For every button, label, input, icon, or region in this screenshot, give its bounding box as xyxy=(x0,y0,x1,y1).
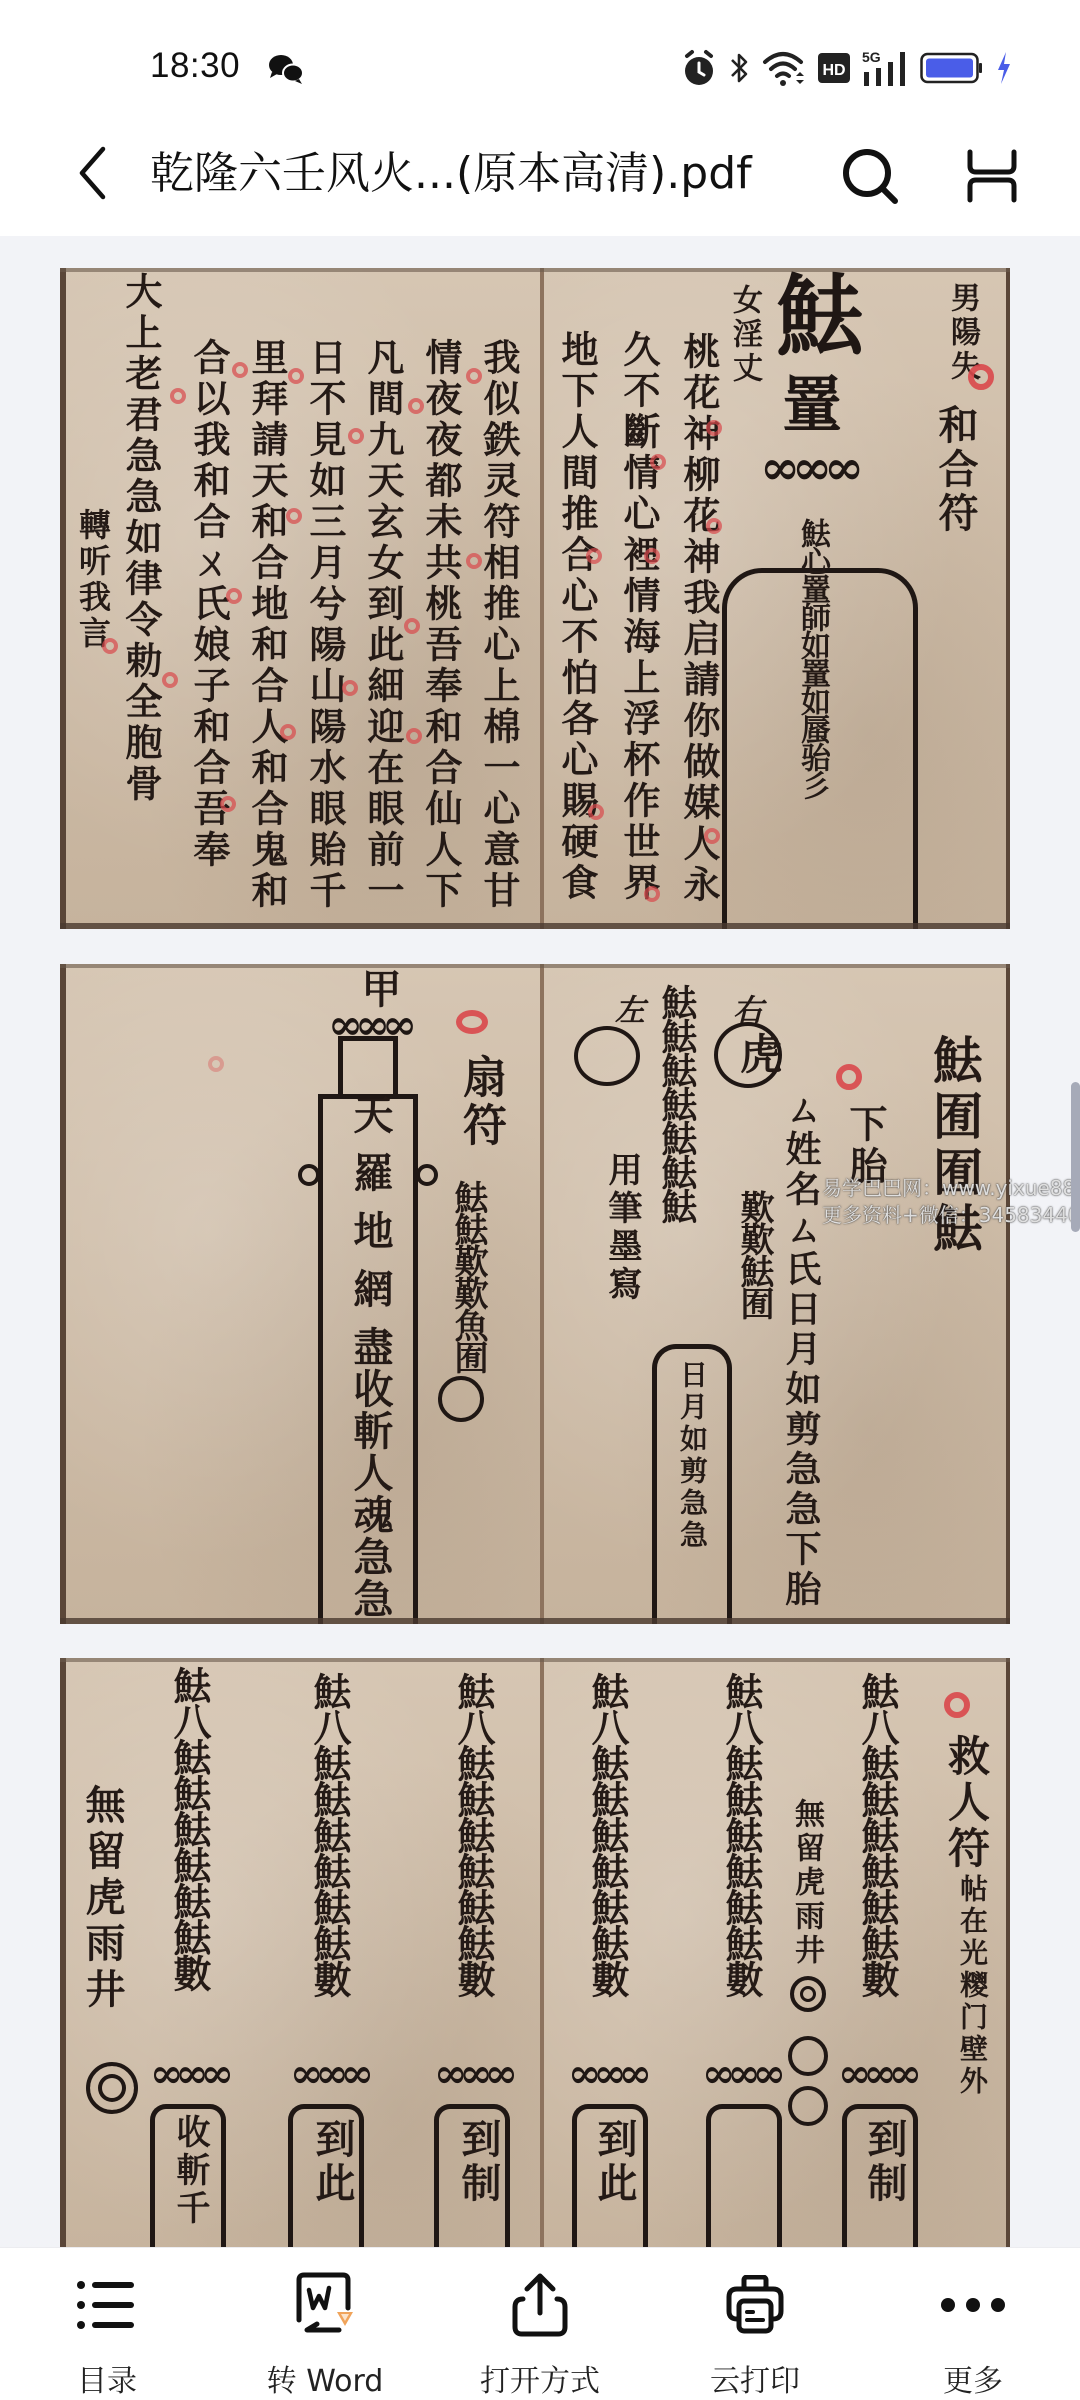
page-2-left-heading: 扇符 xyxy=(448,1054,512,1150)
seal-mark xyxy=(226,588,242,604)
seal-mark xyxy=(466,553,482,569)
wifi-icon xyxy=(762,48,806,88)
talisman-glyph: 魼 xyxy=(776,272,864,360)
page-2-left-col-2: 天 羅 地 網 盡收斬人魂急急 xyxy=(342,1094,399,1620)
pdf-viewer[interactable]: 我似鉄灵符相推心上棉一心意甘 情夜夜都未共桃吾奉和合仙人下 凡間九天玄女到此細迎… xyxy=(0,236,1080,2248)
page-3-right-col-2: 到制 xyxy=(856,2118,913,2206)
talisman-loop xyxy=(298,1164,320,1186)
page-2-tiger-glyph: 虎 xyxy=(728,1032,788,1078)
5g-signal-icon: 5G xyxy=(862,48,908,88)
page-1-left-col-5: 里拜請天和合地和合人和合鬼和 xyxy=(240,338,294,912)
seal-mark xyxy=(650,454,666,470)
talisman-glyph: 罿 xyxy=(782,358,842,444)
seal-mark xyxy=(280,724,296,740)
more-icon xyxy=(940,2295,1006,2315)
seal-mark xyxy=(644,548,660,564)
page-2-right-col-3: 日月如剪急急 xyxy=(672,1360,712,1552)
bluetooth-icon xyxy=(728,48,750,88)
chevron-left-icon xyxy=(77,145,107,201)
talisman-inner-text: 魼心罿師如罿如蜃骀彡 xyxy=(790,518,834,798)
seal-mark xyxy=(162,672,178,688)
word-convert-icon xyxy=(291,2272,359,2338)
talisman-column: 魼八魼魼魼魼魼魼數 xyxy=(714,1672,769,1996)
list-icon xyxy=(76,2277,138,2333)
seal-mark xyxy=(456,1010,488,1034)
toc-button[interactable]: 目录 xyxy=(22,2248,192,2400)
page-1-left-col-6: 合以我和合ㄨ氏娘子和合吾奉 xyxy=(182,338,236,871)
talisman-outline xyxy=(706,2104,782,2248)
toc-label: 目录 xyxy=(22,2356,192,2400)
to-word-label: 转 Word xyxy=(240,2356,410,2400)
battery-icon xyxy=(920,51,984,85)
page-3-left-leaf: 無留虎雨井 魼八魼魼魼魼魼魼數 魼八魼魼魼魼魼魼數 魼八魼魼魼魼魼魼數 ∞∞∞ … xyxy=(60,1658,540,2248)
talisman-column: 魼八魼魼魼魼魼魼數 xyxy=(302,1672,357,1996)
status-bar: 18:30 HD 5G xyxy=(0,0,1080,110)
talisman-knot: ∞∞∞ xyxy=(434,2050,510,2097)
seal-mark xyxy=(408,398,424,414)
talisman-seal-circle xyxy=(438,1376,484,1422)
page-edge xyxy=(60,923,1010,929)
page-1-left-col-1: 我似鉄灵符相推心上棉一心意甘 xyxy=(472,338,526,912)
svg-text:5G: 5G xyxy=(862,49,881,65)
page-edge xyxy=(60,1618,1010,1624)
status-time: 18:30 xyxy=(150,46,240,86)
hd-icon: HD xyxy=(818,51,850,85)
seal-mark xyxy=(406,728,422,744)
talisman-knot: ∞∞∞ xyxy=(702,2050,778,2097)
seal-mark xyxy=(944,1692,970,1718)
more-label: 更多 xyxy=(888,2356,1058,2400)
page-3-right-leaf: 魼八魼魼魼魼魼魼數 魼八魼魼魼魼魼魼數 魼八魼魼魼魼魼魼數 無留虎雨井 ∞∞∞ … xyxy=(540,1658,1010,2248)
page-3-right-col-3: 到此 xyxy=(586,2118,643,2206)
cloud-print-label: 云打印 xyxy=(670,2356,840,2400)
seal-mark xyxy=(102,638,118,654)
page-1-heading: 和合符 xyxy=(927,404,984,536)
system-status-icons: HD 5G xyxy=(682,48,1012,88)
talisman-seal-circle xyxy=(788,2086,828,2126)
talisman-knot: ∞∞∞ xyxy=(838,2050,914,2097)
alarm-icon xyxy=(682,48,716,88)
to-word-button[interactable]: 转 Word xyxy=(240,2248,410,2400)
seal-mark xyxy=(644,886,660,902)
charging-icon xyxy=(996,48,1012,88)
seal-mark xyxy=(288,368,304,384)
talisman-knot: ∞∞∞ xyxy=(290,2050,366,2097)
seal-mark xyxy=(170,388,186,404)
page-1-left-col-8: 轉听我言 xyxy=(70,508,116,652)
seal-mark xyxy=(968,364,994,390)
talisman-column: 魼八魼魼魼魼魼魼數 xyxy=(446,1672,501,1996)
seal-mark xyxy=(404,618,420,634)
seal-mark xyxy=(588,804,604,820)
talisman-knot: ∞∞∞ xyxy=(760,440,856,496)
talisman-seal-circle xyxy=(574,1026,640,1086)
pdf-page-3[interactable]: 無留虎雨井 魼八魼魼魼魼魼魼數 魼八魼魼魼魼魼魼數 魼八魼魼魼魼魼魼數 ∞∞∞ … xyxy=(60,1658,1010,2248)
seal-mark xyxy=(706,420,722,436)
page-1-right-col-1: 桃花神柳花神我启請你做媒人永 xyxy=(672,332,726,906)
wechat-icon xyxy=(266,52,306,86)
seal-mark xyxy=(704,828,720,844)
watermark-line-1: 易学巴巴网：www.yixue88.cn xyxy=(822,1175,1080,1202)
page-1-side-note-2: 女淫丈 xyxy=(722,284,766,386)
watermark: 易学巴巴网：www.yixue88.cn 更多资料+微信：3458344044 xyxy=(822,1175,1080,1229)
page-2-right-col-2: 用筆墨寫 xyxy=(598,1152,647,1304)
page-3-left-col-3: 到此 xyxy=(304,2118,361,2206)
page-3-heading: 救人符 xyxy=(936,1734,996,1872)
app-header: 乾隆六壬风火...(原本高清).pdf xyxy=(0,110,1080,236)
page-1-left-leaf: 我似鉄灵符相推心上棉一心意甘 情夜夜都未共桃吾奉和合仙人下 凡間九天玄女到此細迎… xyxy=(60,268,540,929)
page-3-note: 帖在光糭门壁外 xyxy=(952,1874,992,2098)
page-edge xyxy=(60,1658,1010,1662)
talisman-knot: ∞∞∞ xyxy=(150,2050,226,2097)
talisman-knot: ∞∞∞ xyxy=(568,2050,644,2097)
open-with-button[interactable]: 打开方式 xyxy=(455,2248,625,2400)
talisman-seal-circle xyxy=(788,2036,828,2076)
seal-mark xyxy=(348,428,364,444)
page-1-left-col-7: 大上老君急急如律令勅全胞骨 xyxy=(114,272,168,805)
page-1-left-col-3: 凡間九天玄女到此細迎在眼前一 xyxy=(356,338,410,912)
open-with-label: 打开方式 xyxy=(455,2356,625,2400)
share-icon xyxy=(509,2273,571,2337)
page-3-right-col-1: 無留虎雨井 xyxy=(784,1798,828,1968)
document-title: 乾隆六壬风火...(原本高清).pdf xyxy=(150,146,752,202)
watermark-line-2: 更多资料+微信：3458344044 xyxy=(822,1202,1080,1229)
page-2-right-leaf: 左 右 虎 魼魼魼魼魼魼魼 用筆墨寫 ㄙ姓名ㄙ氏日月如剪急急下胎 歎歎魼囿 日月… xyxy=(540,964,1010,1624)
page-edge xyxy=(60,964,1010,968)
pdf-page-2[interactable]: 甲 ∞∞∞ 天 羅 地 網 盡收斬人魂急急 扇符 魼魼歎歎魚囿 左 右 虎 魼魼… xyxy=(60,964,1010,1624)
seal-mark xyxy=(342,680,358,696)
cloud-print-button[interactable]: 云打印 xyxy=(670,2248,840,2400)
talisman-column: 魼八魼魼魼魼魼魼數 xyxy=(580,1672,635,1996)
menu-icon xyxy=(964,148,1020,204)
seal-mark xyxy=(208,1056,224,1072)
seal-mark xyxy=(286,508,302,524)
talisman-inner-text: 魼魼歎歎魚囿 xyxy=(444,1180,493,1372)
seal-mark xyxy=(232,362,248,378)
page-1-left-col-4: 日不見如三月兮陽山陽水眼貽千 xyxy=(298,338,352,912)
page-1-right-col-2: 久不斷情心裡情海上浮杯作世界 xyxy=(612,330,666,904)
talisman-outline xyxy=(338,1036,398,1096)
svg-text:HD: HD xyxy=(822,62,845,79)
talisman-column: 魼魼魼魼魼魼魼 xyxy=(652,984,703,1222)
pdf-page-1[interactable]: 我似鉄灵符相推心上棉一心意甘 情夜夜都未共桃吾奉和合仙人下 凡間九天玄女到此細迎… xyxy=(60,268,1010,929)
menu-button[interactable] xyxy=(958,142,1026,210)
talisman-column: 歎歎魼囿 xyxy=(730,1190,779,1318)
page-2-side-label-left: 左 xyxy=(604,994,648,1028)
bottom-toolbar: 目录 转 Word 打开方式 xyxy=(0,2248,1080,2400)
page-2-right-col-1: ㄙ姓名ㄙ氏日月如剪急急下胎 xyxy=(776,1090,827,1610)
seal-mark xyxy=(220,796,236,812)
back-button[interactable] xyxy=(64,140,120,206)
talisman-column: 魼八魼魼魼魼魼魼數 xyxy=(162,1666,217,1990)
page-1-left-col-2: 情夜夜都未共桃吾奉和合仙人下 xyxy=(414,338,468,912)
page-3-left-col-4: 到制 xyxy=(450,2118,507,2206)
search-button[interactable] xyxy=(836,142,904,210)
seal-mark xyxy=(586,548,602,564)
seal-mark xyxy=(466,368,482,384)
seal-mark xyxy=(706,518,722,534)
talisman-column: 魼八魼魼魼魼魼魼數 xyxy=(850,1672,905,1996)
page-3-left-col-1: 無留虎雨井 xyxy=(74,1784,131,2014)
seal-mark xyxy=(836,1064,862,1090)
talisman-spiral xyxy=(86,2062,138,2114)
page-edge xyxy=(60,268,1010,272)
talisman-loop xyxy=(416,1164,438,1186)
page-3-left-col-2: 收斬千 xyxy=(166,2114,215,2228)
more-button[interactable]: 更多 xyxy=(888,2248,1058,2400)
printer-icon xyxy=(725,2275,785,2335)
search-icon xyxy=(839,145,901,207)
talisman-spiral xyxy=(790,1976,826,2012)
page-1-right-leaf: 和合符 男陽失 女淫丈 魼 罿 ∞∞∞ 魼心罿師如罿如蜃骀彡 桃花神柳花神我启請… xyxy=(540,268,1010,929)
page-2-left-leaf: 甲 ∞∞∞ 天 羅 地 網 盡收斬人魂急急 扇符 魼魼歎歎魚囿 xyxy=(60,964,540,1624)
scrollbar-thumb[interactable] xyxy=(1071,1082,1080,1232)
